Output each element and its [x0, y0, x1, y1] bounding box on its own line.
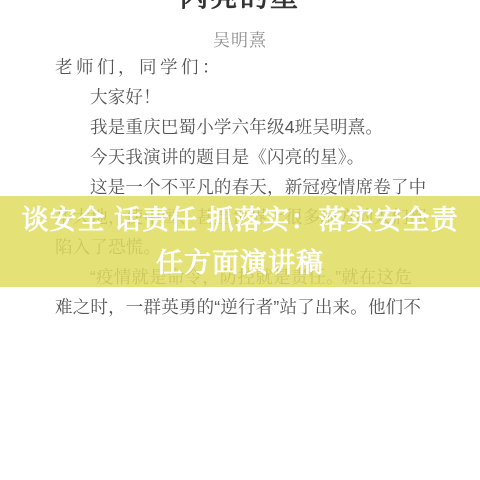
promo-banner-text-line-1: 谈安全 话责任 抓落实：落实安全责: [21, 199, 458, 242]
paragraph-greeting: 大家好！: [55, 82, 429, 112]
paragraph-salutation: 老师们，同学们：: [55, 52, 429, 82]
page-title: 闪亮的星: [0, 0, 480, 11]
promo-banner-overlay[interactable]: 谈安全 话责任 抓落实：落实安全责 任方面演讲稿: [0, 196, 480, 287]
paragraph-speech-topic: 今天我演讲的题目是《闪亮的星》。: [55, 142, 429, 172]
paragraph-self-introduction: 我是重庆巴蜀小学六年级4班吴明熹。: [55, 112, 429, 142]
author-name: 吴明熹: [0, 30, 480, 52]
promo-banner-text-line-2: 任方面演讲稿: [156, 242, 324, 285]
document-page: 闪亮的星 吴明熹 老师们，同学们： 大家好！ 我是重庆巴蜀小学六年级4班吴明熹。…: [0, 0, 480, 480]
